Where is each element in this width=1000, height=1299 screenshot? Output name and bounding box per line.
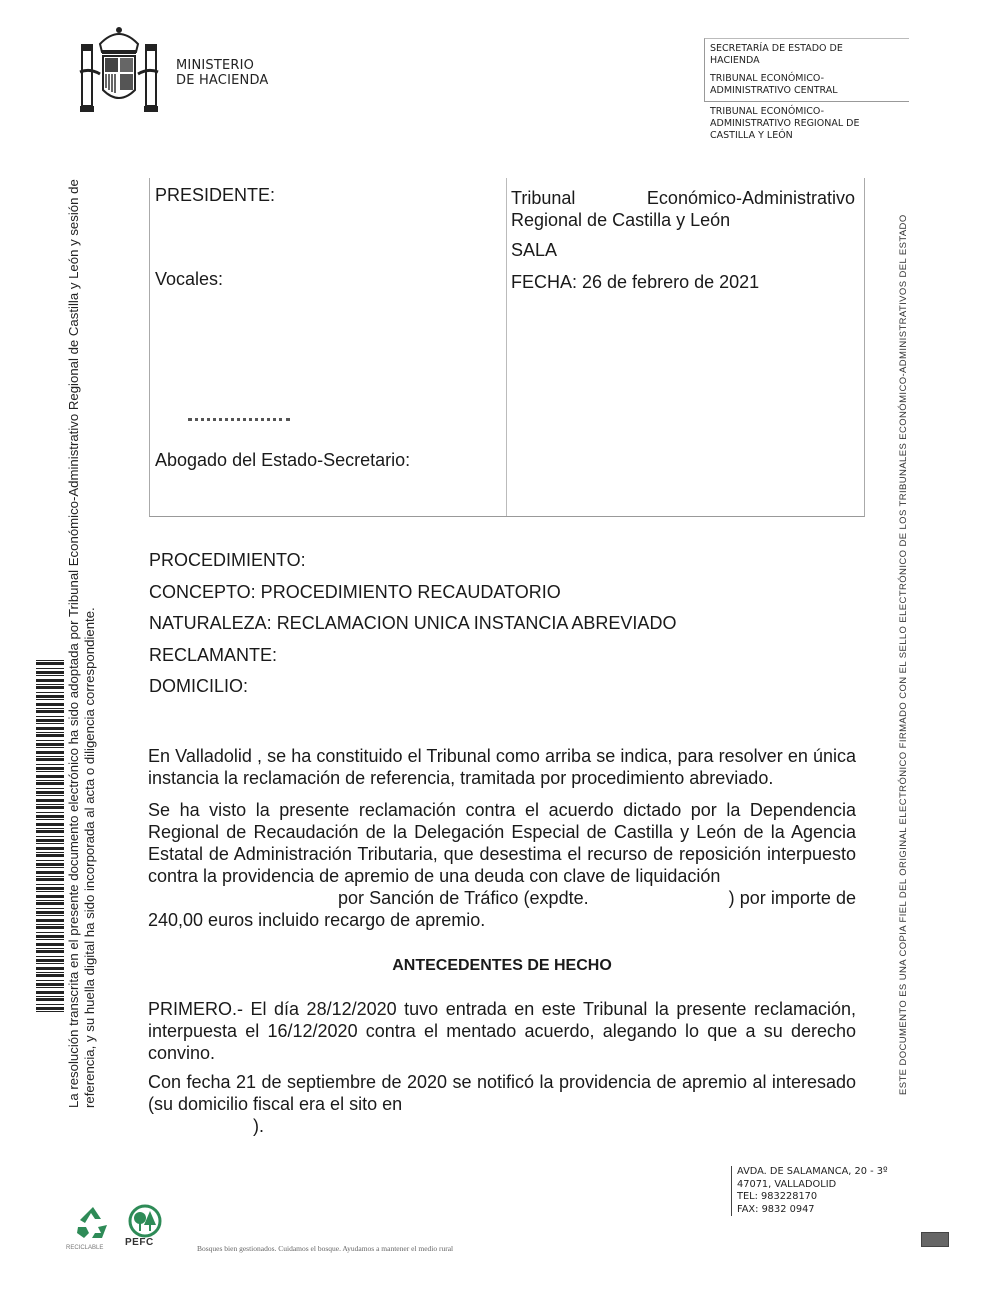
procedimiento-label: PROCEDIMIENTO: xyxy=(149,545,676,577)
recycle-icon xyxy=(74,1205,112,1241)
barcode-icon xyxy=(36,660,64,1015)
intro-paragraph: En Valladolid , se ha constituido el Tri… xyxy=(148,745,856,789)
redacted-name xyxy=(188,418,290,429)
reclamacion-paragraph: Se ha visto la presente reclamación cont… xyxy=(148,799,856,931)
pefc-tree-icon xyxy=(125,1203,165,1239)
footer-slogan: Bosques bien gestionados. Cuidamos el bo… xyxy=(197,1244,453,1253)
address-block: AVDA. DE SALAMANCA, 20 - 3º 47071, VALLA… xyxy=(731,1166,888,1216)
tribunal-regional: TRIBUNAL ECONÓMICO- ADMINISTRATIVO REGIO… xyxy=(704,102,909,142)
case-fields: PROCEDIMIENTO: CONCEPTO: PROCEDIMIENTO R… xyxy=(149,545,676,703)
primero-paragraph: PRIMERO.- El día 28/12/2020 tuvo entrada… xyxy=(148,998,856,1064)
secretaria-block: SECRETARÍA DE ESTADO DE HACIENDA TRIBUNA… xyxy=(704,38,909,142)
tribunal-name-line2: Regional de Castilla y León xyxy=(511,209,730,231)
secretaria-estado: SECRETARÍA DE ESTADO DE HACIENDA xyxy=(704,38,909,73)
domicilio-label: DOMICILIO: xyxy=(149,671,676,703)
ministry-name: MINISTERIO DE HACIENDA xyxy=(176,58,269,88)
spain-coat-of-arms-icon xyxy=(78,24,160,116)
section-heading: ANTECEDENTES DE HECHO xyxy=(148,956,856,976)
pefc-label: PEFC xyxy=(125,1237,154,1248)
table-divider xyxy=(506,178,507,516)
sala-label: SALA xyxy=(511,239,557,261)
concepto-field: CONCEPTO: PROCEDIMIENTO RECAUDATORIO xyxy=(149,577,676,609)
recycle-label: RECICLABLE xyxy=(66,1245,103,1251)
fecha: FECHA: 26 de febrero de 2021 xyxy=(511,271,759,293)
tribunal-central: TRIBUNAL ECONÓMICO- ADMINISTRATIVO CENTR… xyxy=(704,73,909,102)
reclamante-label: RECLAMANTE: xyxy=(149,640,676,672)
vocales-label: Vocales: xyxy=(155,268,223,290)
side-note-left: La resolución transcrita en el presente … xyxy=(66,208,98,1108)
notificacion-paragraph: Con fecha 21 de septiembre de 2020 se no… xyxy=(148,1071,856,1137)
naturaleza-field: NATURALEZA: RECLAMACION UNICA INSTANCIA … xyxy=(149,608,676,640)
page-marker xyxy=(921,1232,949,1247)
presidente-label: PRESIDENTE: xyxy=(155,184,275,206)
abogado-label: Abogado del Estado-Secretario: xyxy=(155,449,410,471)
tribunal-name-line1: Tribunal Económico-Administrativo xyxy=(511,187,855,209)
side-note-right: ESTE DOCUMENTO ES UNA COPIA FIEL DEL ORI… xyxy=(898,214,910,1095)
